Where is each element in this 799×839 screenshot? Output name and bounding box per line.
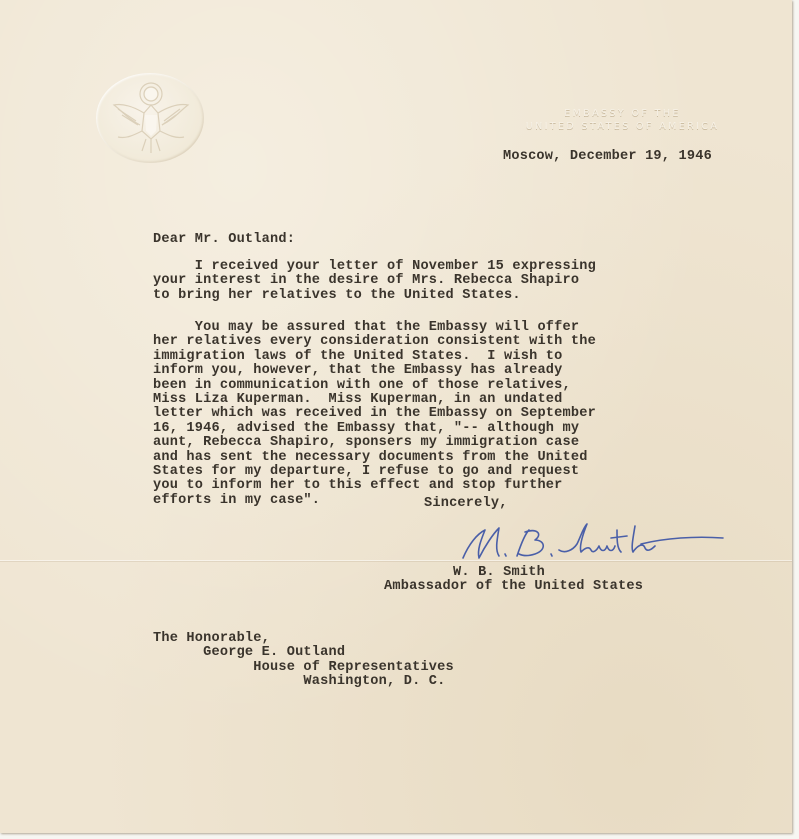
- body-paragraph-1: I received your letter of November 15 ex…: [153, 260, 596, 303]
- letterhead: EMBASSY OF THE UNITED STATES OF AMERICA: [500, 107, 745, 133]
- letterhead-line-2: UNITED STATES OF AMERICA: [500, 120, 745, 133]
- letter-paper: EMBASSY OF THE UNITED STATES OF AMERICA …: [0, 0, 792, 833]
- salutation: Dear Mr. Outland:: [153, 233, 295, 247]
- signer-title: Ambassador of the United States: [384, 580, 643, 594]
- body-paragraph-2: You may be assured that the Embassy will…: [153, 321, 596, 508]
- embossed-eagle-seal-icon: [96, 73, 204, 163]
- closing: Sincerely,: [424, 497, 508, 511]
- inside-address: The Honorable, George E. Outland House o…: [153, 632, 454, 690]
- place-date: Moscow, December 19, 1946: [503, 150, 712, 164]
- letterhead-line-1: EMBASSY OF THE: [500, 107, 745, 120]
